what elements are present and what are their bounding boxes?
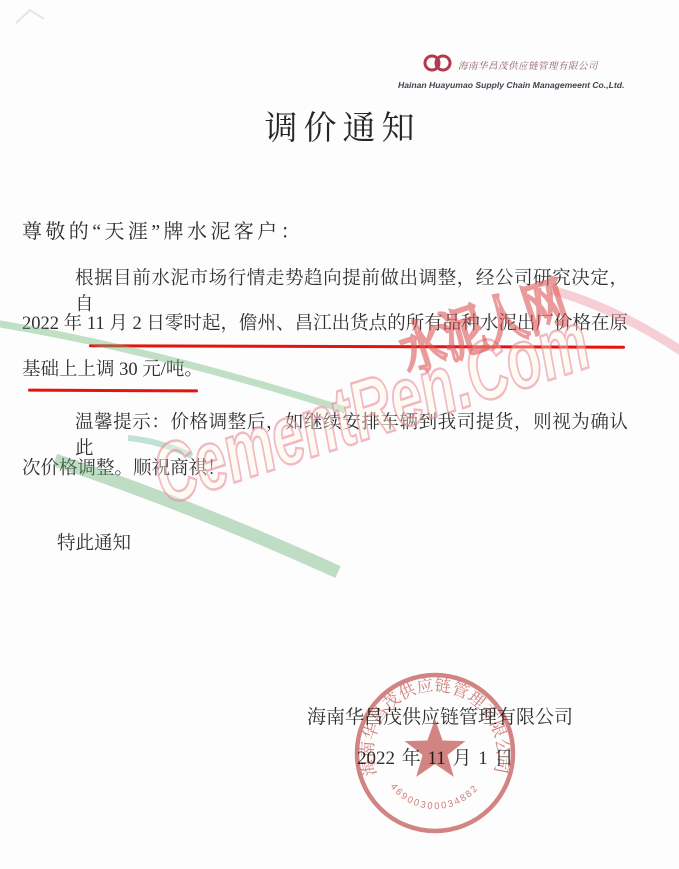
logo-company-name-cn: 海南华昌茂供应链管理有限公司 xyxy=(458,58,598,72)
scan-artifact-mark xyxy=(14,7,48,27)
seal-star-icon xyxy=(405,719,466,777)
document-title: 调价通知 xyxy=(0,102,679,149)
logo-company-name-en: Hainan Huayumao Supply Chain Managemeent… xyxy=(398,80,613,90)
company-seal-stamp: 海南华昌茂供应链管理有限公司 46900300034882 xyxy=(350,668,520,838)
company-logo-icon xyxy=(422,52,454,74)
salutation-line: 尊敬的“天涯”牌水泥客户： xyxy=(22,219,304,245)
paragraph1-line3: 基础上上调 30 元/吨。 xyxy=(22,357,203,383)
red-underline-1 xyxy=(89,344,625,348)
red-underline-2 xyxy=(28,389,198,393)
document-page: 海南华昌茂供应链管理有限公司 Hainan Huayumao Supply Ch… xyxy=(0,0,679,869)
paragraph2-line2: 次价格调整。顺祝商祺！ xyxy=(22,456,226,482)
closing-notice-line: 特此通知 xyxy=(57,531,131,557)
paragraph2-line1: 温馨提示：价格调整后，如继续安排车辆到我司提货，则视为确认此 xyxy=(75,410,628,462)
company-logo-block: 海南华昌茂供应链管理有限公司 Hainan Huayumao Supply Ch… xyxy=(398,48,613,96)
seal-serial-number: 46900300034882 xyxy=(388,782,480,813)
paragraph1-line2: 2022 年 11 月 2 日零时起，儋州、昌江出货点的所有品种水泥出厂价格在原 xyxy=(22,311,628,337)
